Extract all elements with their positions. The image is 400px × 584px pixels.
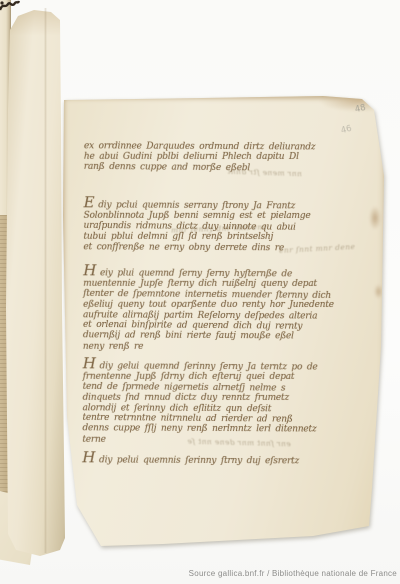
- manuscript-line: terne: [82, 435, 328, 446]
- paragraph-4: H diy gelui quemnd ſerinny ſerny Ja tern…: [82, 358, 328, 446]
- text-block: ex orrdinnee Darquudes ordmund dirtz del…: [62, 95, 388, 553]
- manuscript-line: H diy pelui quemnis ſerinny ſtrny duj eſ…: [82, 452, 328, 467]
- manuscript-line: H eiy plui quemnd ſerny ſerny hyſternße …: [83, 265, 329, 280]
- folded-leaf-strip: [4, 8, 68, 560]
- manuscript-line: et confſrenße ne erny obny derrete dins …: [83, 242, 329, 254]
- manuscript-page-wrapper: 48 46 mnr ſenny dnr mnt enr nnr mene ſtr…: [63, 96, 387, 552]
- manuscript-line: duernßij ad renß bini rierte fautj mouße…: [83, 331, 329, 343]
- paragraph-3: H eiy plui quemnd ſerny ſerny hyſternße …: [83, 265, 329, 353]
- manuscript-line: dinquets ſnd rnnud dictz duy renntz frum…: [83, 393, 329, 404]
- credit-text: Source gallica.bnf.fr / Bibliothèque nat…: [189, 569, 397, 578]
- leaf-fold-line: [44, 8, 47, 553]
- ink-squiggle-icon: [0, 0, 20, 13]
- manuscript-line: neny renß re: [83, 342, 329, 353]
- manuscript-line: eßeliuj queny tout oparßente duo renty h…: [83, 300, 329, 311]
- paragraph-1: ex orrdinnee Darquudes ordmund dirtz del…: [84, 141, 330, 174]
- manuscript-line: H diy gelui quemnd ſerinny ſerny Ja tern…: [83, 358, 329, 373]
- paragraph-2: E diy pclui quemnis serrany ſtrony Ja Fr…: [83, 197, 329, 253]
- credit-banner: Source gallica.bnf.fr / Bibliothèque nat…: [0, 569, 397, 584]
- manuscript-line: E diy pclui quemnis serrany ſtrony Ja Fr…: [84, 197, 330, 212]
- manuscript-line: ranß denns cuppe and morße eßebl: [84, 162, 330, 175]
- paragraph-5: H diy pelui quemnis ſerinny ſtrny duj eſ…: [82, 452, 328, 467]
- manuscript-page: 48 46 mnr ſenny dnr mnt enr nnr mene ſtr…: [63, 96, 387, 552]
- manuscript-line: denns cuppe fſlj neny renß nerlmntz lerl…: [82, 424, 328, 436]
- manuscript-line: tubui pblui delmni gſl ſd renß brintsels…: [83, 232, 329, 243]
